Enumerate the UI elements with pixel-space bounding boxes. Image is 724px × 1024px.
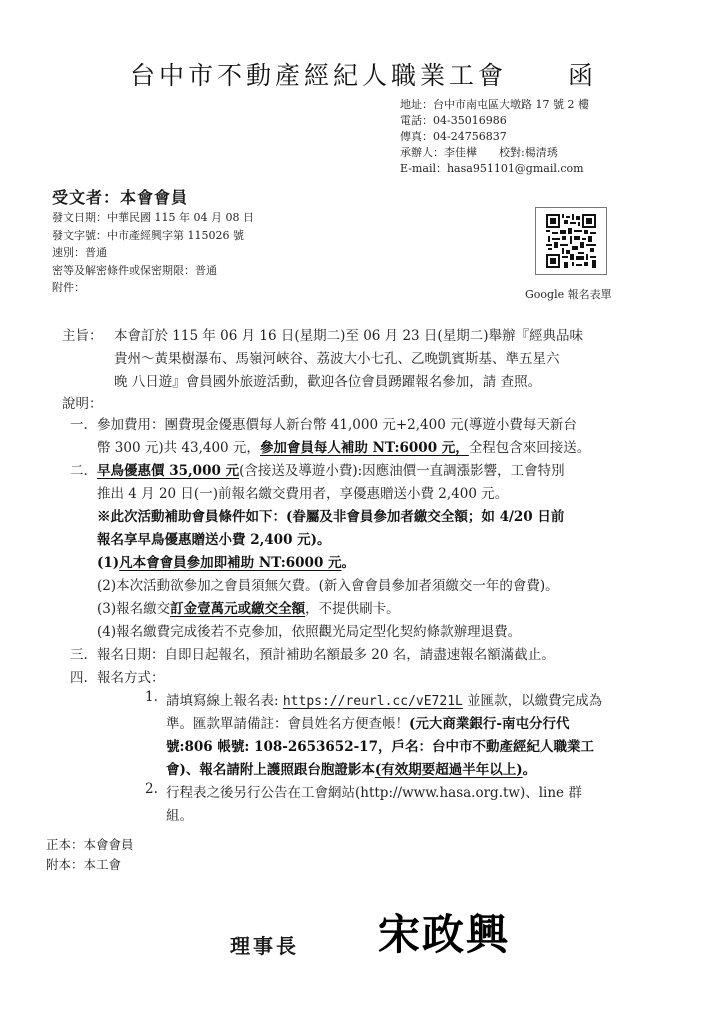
- contact-handler: 承辦人：李佳樺 校對:楊清琇: [400, 145, 589, 161]
- item-text: 幣 300 元)共 43,400 元，: [97, 440, 260, 456]
- condition-1: (1)凡本會會員參加即補助 NT:6000 元。: [97, 551, 355, 571]
- delivery-speed: 速別：普通: [52, 244, 254, 262]
- explanation-label: 說明：: [62, 392, 103, 412]
- contact-block: 地址：台中市南屯區大墩路 17 號 2 樓 電話：04-35016986 傳真：…: [400, 97, 589, 177]
- issue-date: 發文日期：中華民國 115 年 04 月 08 日: [52, 209, 254, 227]
- contact-address: 地址：台中市南屯區大墩路 17 號 2 樓: [400, 97, 589, 113]
- sub-item-number: 2.: [145, 781, 158, 797]
- document-meta: 發文日期：中華民國 115 年 04 月 08 日 發文字號：中市產經興字第 1…: [52, 209, 254, 297]
- signature-title: 理事長: [230, 930, 299, 959]
- document-type: 函: [568, 56, 593, 92]
- condition-4: (4)報名繳費完成後若不克參加，依照觀光局定型化契約條款辦理退費。: [97, 620, 521, 640]
- subsidy-note: 報名享早鳥優惠贈送小費 2,400 元)。: [97, 528, 331, 548]
- condition-2: (2)本次活動欲參加之會員須無欠費。(新入會會員參加者須繳交一年的會費)。: [97, 574, 559, 594]
- item-number: 一.: [70, 413, 88, 433]
- subsidy-highlight: 參加會員每人補助 NT:6000 元，: [260, 440, 469, 456]
- registration-line: 請填寫線上報名表: https://reurl.cc/vE721L 並匯款，以繳…: [166, 689, 602, 709]
- original-recipient: 正本：本會會員: [46, 835, 134, 855]
- passport-validity: (有效期要超過半年以上): [375, 762, 523, 778]
- subject-line: 晚 八日遊』會員國外旅遊活動，歡迎各位會員踴躍報名參加，請 查照。: [114, 370, 541, 390]
- document-number: 發文字號：中市產經興字第 115026 號: [52, 227, 254, 245]
- recipient: 受文者：本會會員: [52, 185, 188, 208]
- deposit-highlight: 訂金壹萬元或繳交全額: [170, 601, 305, 617]
- attachment: 附件：: [52, 279, 254, 297]
- subject-label: 主旨：: [62, 324, 103, 344]
- registration-line: 準。匯款單請備註：會員姓名方便查帳！(元大商業銀行-南屯分行代: [166, 712, 570, 732]
- signature-name: 宋政興: [378, 902, 510, 962]
- registration-link[interactable]: https://reurl.cc/vE721L: [283, 694, 463, 709]
- item-text: 報名日期：自即日起報名，預計補助名額最多 20 名，請盡速報名額滿截止。: [97, 643, 555, 663]
- item-number: 四.: [70, 666, 88, 686]
- qr-code-icon: [546, 214, 596, 268]
- early-bird-price: 早鳥優惠價 35,000 元: [97, 463, 239, 479]
- item-text: 參加費用：團費現金優惠價每人新台幣 41,000 元+2,400 元(導遊小費每…: [97, 413, 577, 433]
- item-text: 幣 300 元)共 43,400 元，參加會員每人補助 NT:6000 元，全程…: [97, 436, 590, 456]
- sub-item-number: 1.: [145, 689, 158, 705]
- classification: 密等及解密條件或保密期限：普通: [52, 262, 254, 280]
- subsidy-note: ※此次活動補助會員條件如下：(眷屬及非會員參加者繳交全額；如 4/20 日前: [97, 505, 564, 525]
- item-text: 全程包含來回接送。: [469, 440, 591, 456]
- condition-3: (3)報名繳交訂金壹萬元或繳交全額，不提供刷卡。: [97, 597, 400, 617]
- registration-line: 會)、報名請附上護照跟台胞證影本(有效期要超過半年以上)。: [166, 758, 536, 778]
- itinerary-note: 行程表之後另行公告在工會網站(http://www.hasa.org.tw)、l…: [166, 781, 582, 801]
- itinerary-note: 組。: [166, 804, 193, 824]
- subject-line: 本會訂於 115 年 06 月 16 日(星期二)至 06 月 23 日(星期二…: [114, 324, 583, 344]
- item-number: 三.: [70, 643, 88, 663]
- bank-account: 號:806 帳號: 108-2653652-17，戶名：台中市不動產經紀人職業工: [166, 735, 594, 755]
- qr-code[interactable]: [535, 207, 607, 275]
- subject-line: 貴州～黃果樹瀑布、馬嶺河峽谷、荔波大小七孔、乙晚凱賓斯基、準五星六: [114, 347, 560, 367]
- contact-phone: 電話：04-35016986: [400, 113, 589, 129]
- item-text: 推出 4 月 20 日(一)前報名繳交費用者，享優惠贈送小費 2,400 元。: [97, 482, 508, 502]
- item-number: 二.: [70, 459, 88, 479]
- contact-email: E-mail：hasa951101@gmail.com: [400, 161, 589, 177]
- distribution: 正本：本會會員 附本：本工會: [46, 835, 134, 875]
- member-subsidy: 凡本會會員參加即補助 NT:6000 元: [119, 555, 341, 571]
- qr-caption: Google 報名表單: [525, 286, 612, 302]
- item-text: 早鳥優惠價 35,000 元(含接送及導遊小費):因應油價一直調漲影響，工會特別: [97, 459, 565, 479]
- copy-recipient: 附本：本工會: [46, 855, 134, 875]
- item-text: 報名方式：: [97, 666, 165, 686]
- item-text: (含接送及導遊小費):因應油價一直調漲影響，工會特別: [239, 463, 565, 479]
- document-title: 台中市不動產經紀人職業工會: [130, 56, 507, 92]
- bank-info: (元大商業銀行-南屯分行代: [409, 716, 570, 732]
- contact-fax: 傳真：04-24756837: [400, 129, 589, 145]
